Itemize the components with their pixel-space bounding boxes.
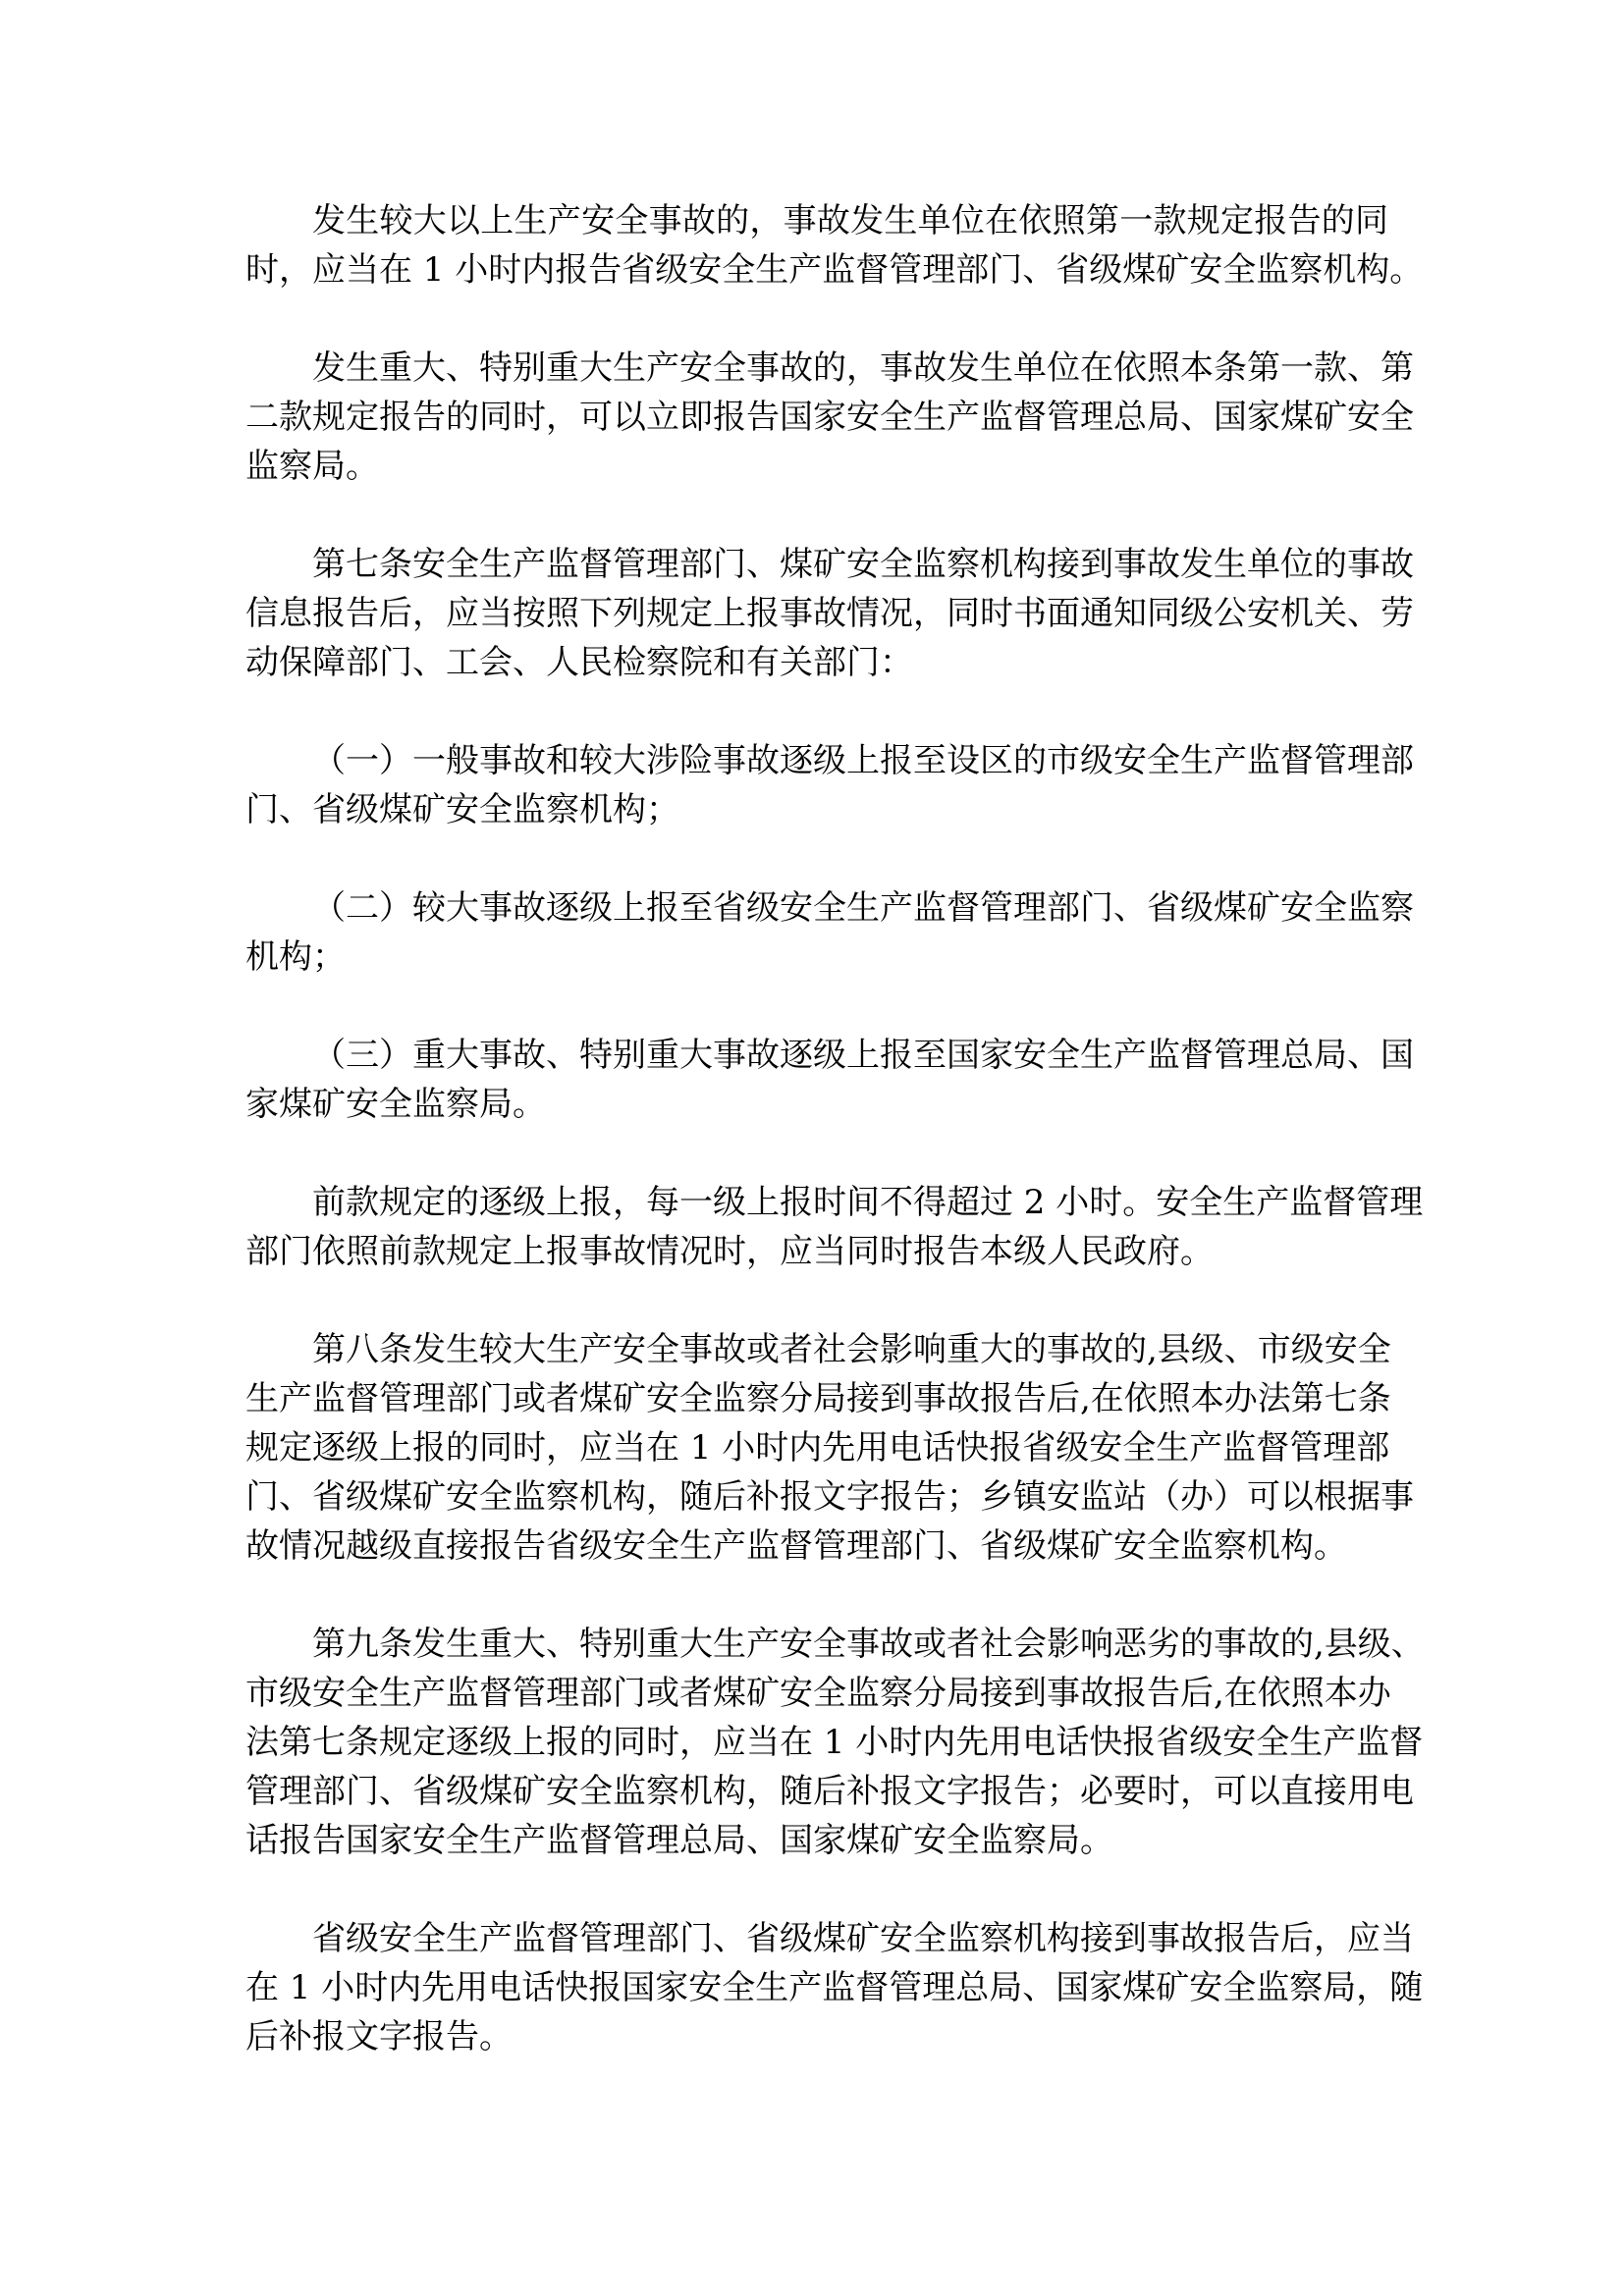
text-line: 家煤矿安全监察局。: [245, 1080, 1388, 1129]
paragraph: （一）一般事故和较大涉险事故逐级上报至设区的市级安全生产监督管理部门、省级煤矿安…: [245, 736, 1388, 834]
text-line: 规定逐级上报的同时，应当在 1 小时内先用电话快报省级安全生产监督管理部: [245, 1423, 1388, 1472]
text-line: （一）一般事故和较大涉险事故逐级上报至设区的市级安全生产监督管理部: [245, 736, 1388, 785]
text-line: 前款规定的逐级上报，每一级上报时间不得超过 2 小时。安全生产监督管理: [245, 1178, 1388, 1227]
text-line: 法第七条规定逐级上报的同时，应当在 1 小时内先用电话快报省级安全生产监督: [245, 1718, 1388, 1767]
text-line: 第八条发生较大生产安全事故或者社会影响重大的事故的,县级、市级安全: [245, 1325, 1388, 1374]
text-line: 管理部门、省级煤矿安全监察机构，随后补报文字报告；必要时，可以直接用电: [245, 1767, 1388, 1816]
text-line: 门、省级煤矿安全监察机构，随后补报文字报告；乡镇安监站（办）可以根据事: [245, 1472, 1388, 1522]
paragraph: 发生较大以上生产安全事故的，事故发生单位在依照第一款规定报告的同时，应当在 1 …: [245, 196, 1388, 294]
paragraph: 发生重大、特别重大生产安全事故的，事故发生单位在依照本条第一款、第二款规定报告的…: [245, 344, 1388, 491]
document-page: 发生较大以上生产安全事故的，事故发生单位在依照第一款规定报告的同时，应当在 1 …: [0, 0, 1624, 2296]
text-line: （三）重大事故、特别重大事故逐级上报至国家安全生产监督管理总局、国: [245, 1031, 1388, 1080]
text-line: 发生较大以上生产安全事故的，事故发生单位在依照第一款规定报告的同: [245, 196, 1388, 245]
text-line: 省级安全生产监督管理部门、省级煤矿安全监察机构接到事故报告后，应当: [245, 1914, 1388, 1963]
text-line: 生产监督管理部门或者煤矿安全监察分局接到事故报告后,在依照本办法第七条: [245, 1374, 1388, 1423]
paragraph: （三）重大事故、特别重大事故逐级上报至国家安全生产监督管理总局、国家煤矿安全监察…: [245, 1031, 1388, 1129]
text-line: 信息报告后，应当按照下列规定上报事故情况，同时书面通知同级公安机关、劳: [245, 589, 1388, 638]
paragraph: 第七条安全生产监督管理部门、煤矿安全监察机构接到事故发生单位的事故信息报告后，应…: [245, 540, 1388, 687]
text-line: 故情况越级直接报告省级安全生产监督管理部门、省级煤矿安全监察机构。: [245, 1522, 1388, 1571]
text-line: 动保障部门、工会、人民检察院和有关部门：: [245, 638, 1388, 687]
paragraph: 第九条发生重大、特别重大生产安全事故或者社会影响恶劣的事故的,县级、市级安全生产…: [245, 1620, 1388, 1865]
text-line: 机构；: [245, 933, 1388, 982]
text-line: 第七条安全生产监督管理部门、煤矿安全监察机构接到事故发生单位的事故: [245, 540, 1388, 589]
text-line: 话报告国家安全生产监督管理总局、国家煤矿安全监察局。: [245, 1816, 1388, 1865]
text-line: 监察局。: [245, 442, 1388, 491]
text-line: （二）较大事故逐级上报至省级安全生产监督管理部门、省级煤矿安全监察: [245, 883, 1388, 933]
text-line: 第九条发生重大、特别重大生产安全事故或者社会影响恶劣的事故的,县级、: [245, 1620, 1388, 1669]
text-line: 门、省级煤矿安全监察机构；: [245, 785, 1388, 834]
paragraph: 前款规定的逐级上报，每一级上报时间不得超过 2 小时。安全生产监督管理部门依照前…: [245, 1178, 1388, 1276]
text-line: 部门依照前款规定上报事故情况时，应当同时报告本级人民政府。: [245, 1227, 1388, 1276]
paragraph: 第八条发生较大生产安全事故或者社会影响重大的事故的,县级、市级安全生产监督管理部…: [245, 1325, 1388, 1571]
document-body: 发生较大以上生产安全事故的，事故发生单位在依照第一款规定报告的同时，应当在 1 …: [245, 196, 1388, 2110]
text-line: 在 1 小时内先用电话快报国家安全生产监督管理总局、国家煤矿安全监察局，随: [245, 1963, 1388, 2012]
paragraph: 省级安全生产监督管理部门、省级煤矿安全监察机构接到事故报告后，应当在 1 小时内…: [245, 1914, 1388, 2061]
text-line: 时，应当在 1 小时内报告省级安全生产监督管理部门、省级煤矿安全监察机构。: [245, 245, 1388, 294]
text-line: 二款规定报告的同时，可以立即报告国家安全生产监督管理总局、国家煤矿安全: [245, 393, 1388, 442]
text-line: 市级安全生产监督管理部门或者煤矿安全监察分局接到事故报告后,在依照本办: [245, 1669, 1388, 1718]
text-line: 后补报文字报告。: [245, 2012, 1388, 2061]
paragraph: （二）较大事故逐级上报至省级安全生产监督管理部门、省级煤矿安全监察机构；: [245, 883, 1388, 982]
text-line: 发生重大、特别重大生产安全事故的，事故发生单位在依照本条第一款、第: [245, 344, 1388, 393]
